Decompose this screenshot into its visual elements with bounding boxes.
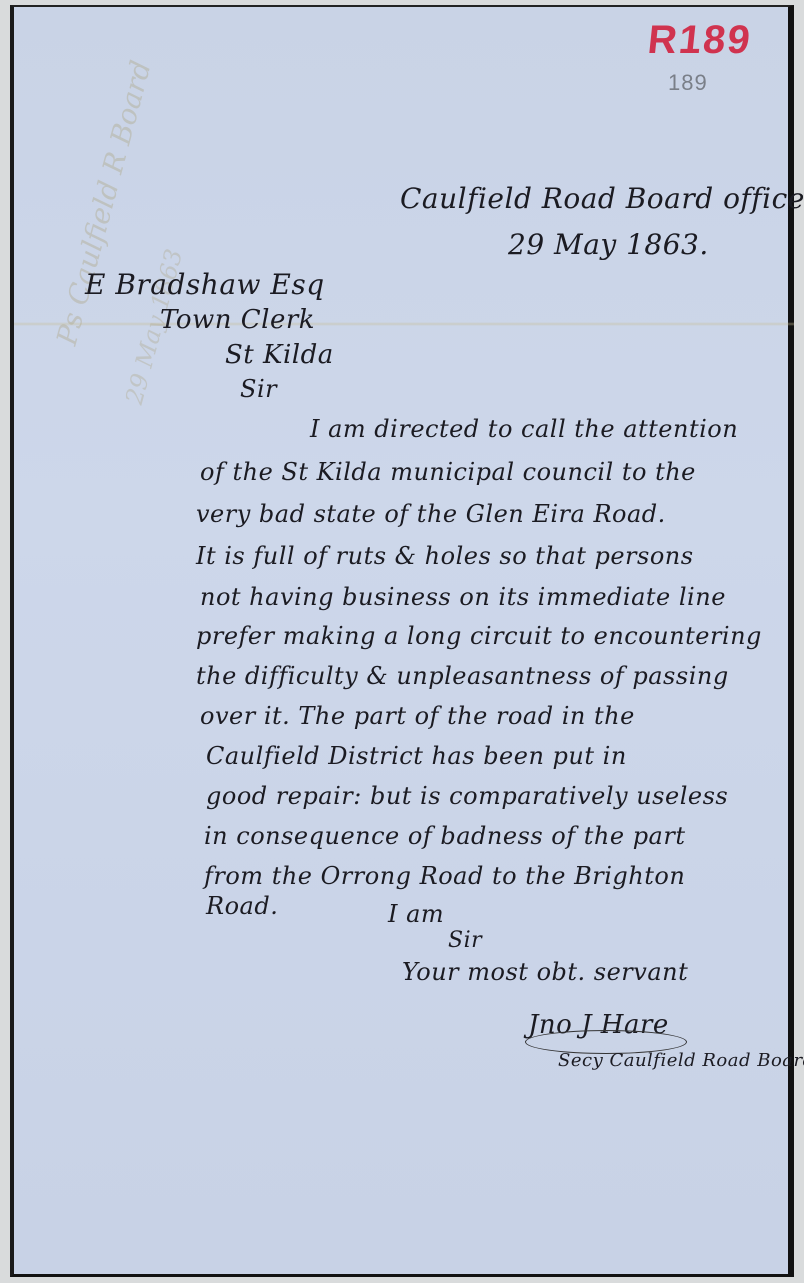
- body-line-4: It is full of ruts & holes so that perso…: [196, 542, 694, 570]
- body-line-7: the difficulty & unpleasantness of passi…: [196, 662, 729, 690]
- addressee-name: E Bradshaw Esq: [85, 268, 325, 301]
- body-line-11: in consequence of badness of the part: [204, 822, 685, 850]
- pencil-number: 189: [668, 70, 708, 96]
- body-line-2: of the St Kilda municipal council to the: [200, 458, 696, 486]
- addressee-title: Town Clerk: [160, 305, 315, 335]
- body-line-3: very bad state of the Glen Eira Road.: [196, 500, 666, 528]
- signature-role: Secy Caulfield Road Board: [558, 1050, 804, 1071]
- body-line-9: Caulfield District has been put in: [206, 742, 627, 770]
- body-line-6: prefer making a long circuit to encounte…: [196, 622, 762, 650]
- salutation: Sir: [240, 375, 277, 403]
- header-place: Caulfield Road Board office: [400, 182, 804, 215]
- closing-line-3: Your most obt. servant: [402, 958, 688, 986]
- paper-fold: [14, 322, 794, 326]
- body-line-1: I am directed to call the attention: [310, 415, 738, 443]
- archive-reference: R189: [646, 18, 754, 63]
- body-line-8: over it. The part of the road in the: [200, 702, 635, 730]
- closing-line-1: I am: [388, 900, 444, 928]
- body-line-12: from the Orrong Road to the Brighton: [204, 862, 685, 890]
- body-line-13: Road.: [206, 892, 278, 920]
- header-date: 29 May 1863.: [508, 228, 709, 261]
- body-line-10: good repair: but is comparatively useles…: [206, 782, 728, 810]
- closing-line-2: Sir: [448, 928, 482, 953]
- addressee-location: St Kilda: [225, 340, 334, 370]
- body-line-5: not having business on its immediate lin…: [200, 583, 726, 611]
